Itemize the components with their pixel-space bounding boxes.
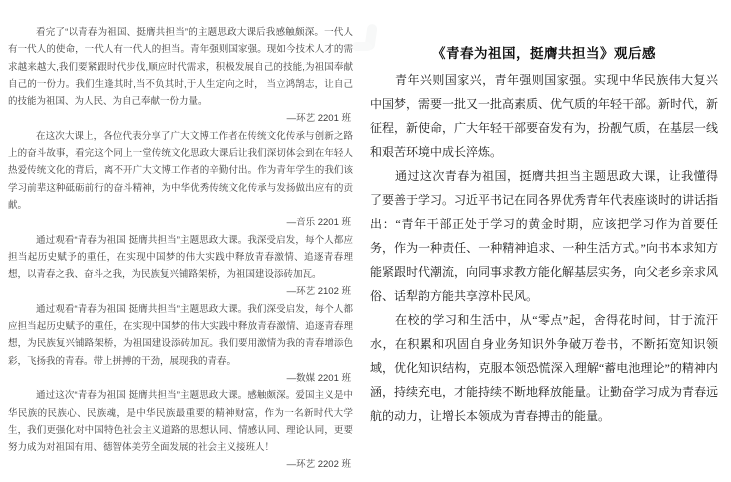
testimonial-entry: 通过观看“青春为祖国 挺膺共担当”主题思政大课。我们深受启发，每个人都应担当起历… [8,301,353,387]
testimonial-text: 看完了“以青春为祖国、挺膺共担当”的主题思政大课后我感触颇深。一代人有一代人的使… [8,24,353,110]
testimonial-text: 通过观看“青春为祖国 挺膺共担当”主题思政大课。我深受启发，每个人都应担当起历史… [8,232,353,284]
testimonial-signature: —环艺 2202 班 [8,456,353,473]
testimonial-text: 通过观看“青春为祖国 挺膺共担当”主题思政大课。我们深受启发，每个人都应担当起历… [8,301,353,370]
testimonial-signature: —环艺 2102 班 [8,283,353,300]
testimonial-text: 通过这次“青春为祖国 挺膺共担当”主题思政大课。感触颇深。爱国主义是中华民族的民… [8,387,353,456]
left-page: 看完了“以青春为祖国、挺膺共担当”的主题思政大课后我感触颇深。一代人有一代人的使… [8,24,353,474]
essay-paragraph: 在校的学习和生活中，从“零点”起，舍得花时间，甘于流汗水，在积累和巩固自身业务知… [370,308,718,428]
testimonial-signature: —数媒 2201 班 [8,370,353,387]
essay-paragraph: 青年兴则国家兴，青年强则国家强。实现中华民族伟大复兴中国梦，需要一批又一批高素质… [370,68,718,164]
right-page: 《青春为祖国，挺膺共担当》观后感 青年兴则国家兴，青年强则国家强。实现中华民族伟… [370,42,718,428]
testimonial-signature: —音乐 2201 班 [8,214,353,231]
testimonial-signature: —环艺 2201 班 [8,110,353,127]
essay-title: 《青春为祖国，挺膺共担当》观后感 [370,42,718,66]
testimonial-text: 在这次大课上，各位代表分享了广大文博工作者在传统文化传承与创新之路上的奋斗故事，… [8,128,353,214]
testimonial-entry: 通过这次“青春为祖国 挺膺共担当”主题思政大课。感触颇深。爱国主义是中华民族的民… [8,387,353,473]
testimonial-entry: 在这次大课上，各位代表分享了广大文博工作者在传统文化传承与创新之路上的奋斗故事，… [8,128,353,232]
testimonial-entry: 看完了“以青春为祖国、挺膺共担当”的主题思政大课后我感触颇深。一代人有一代人的使… [8,24,353,128]
essay-paragraph: 通过这次青春为祖国，挺膺共担当主题思政大课，让我懂得了要善于学习。习近平书记在同… [370,164,718,308]
testimonial-entry: 通过观看“青春为祖国 挺膺共担当”主题思政大课。我深受启发，每个人都应担当起历史… [8,232,353,301]
scanned-document-spread: 看完了“以青春为祖国、挺膺共担当”的主题思政大课后我感触颇深。一代人有一代人的使… [0,0,731,482]
